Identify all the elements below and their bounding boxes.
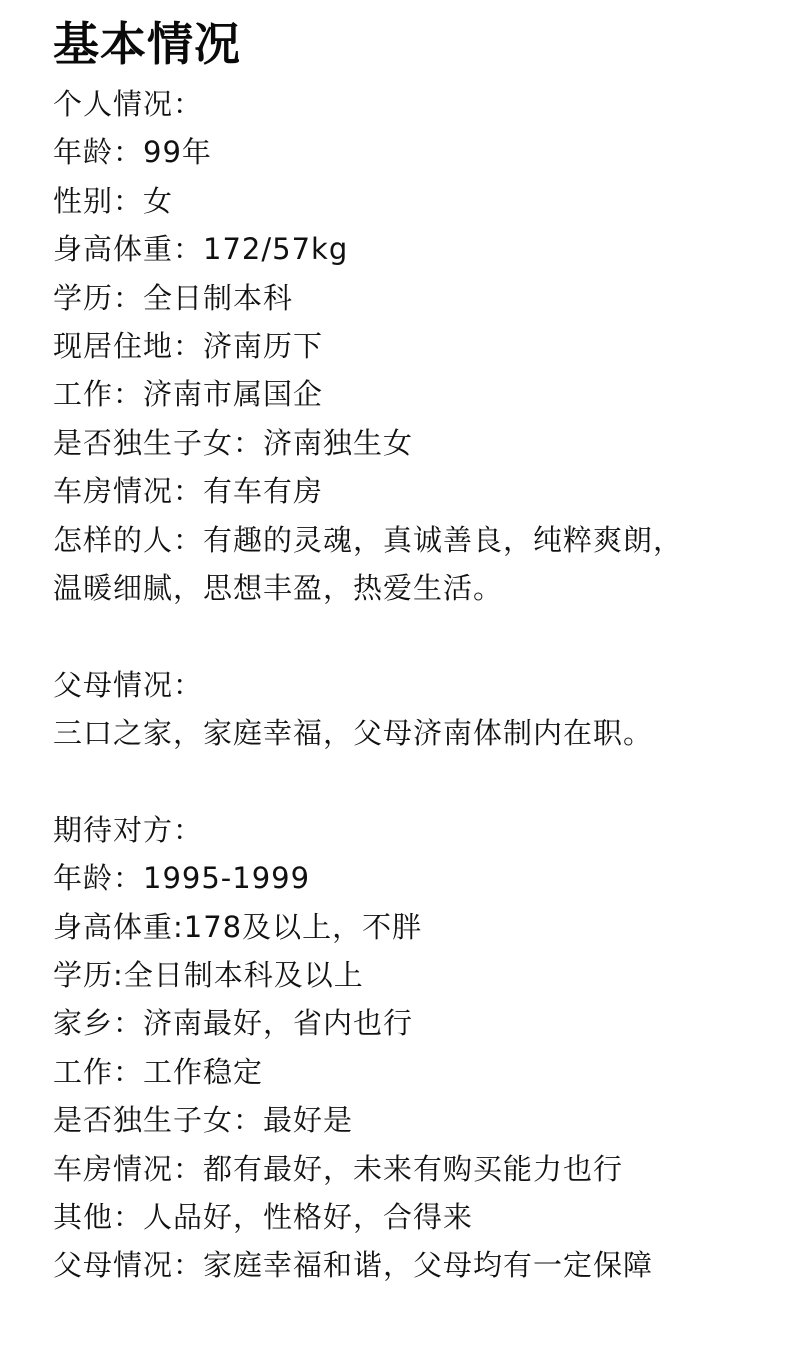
section-expectations: 期待对方： 年龄：1995-1999 身高体重:178及以上，不胖 学历:全日制… <box>53 806 800 1290</box>
expect-line-parents: 父母情况：家庭幸福和谐，父母均有一定保障 <box>53 1241 800 1289</box>
section-heading: 个人情况： <box>53 80 800 128</box>
section-heading: 期待对方： <box>53 806 800 854</box>
expect-line-only-child: 是否独生子女：最好是 <box>53 1096 800 1144</box>
info-line-age: 年龄：99年 <box>53 128 800 176</box>
page-title: 基本情况 <box>53 12 800 76</box>
section-heading: 父母情况： <box>53 661 800 709</box>
expect-line-work: 工作：工作稳定 <box>53 1048 800 1096</box>
info-line-personality: 怎样的人：有趣的灵魂，真诚善良，纯粹爽朗， <box>53 516 800 564</box>
section-personal: 个人情况： 年龄：99年 性别：女 身高体重：172/57kg 学历：全日制本科… <box>53 80 800 612</box>
expect-line-height-weight: 身高体重:178及以上，不胖 <box>53 903 800 951</box>
expect-line-car-house: 车房情况：都有最好，未来有购买能力也行 <box>53 1145 800 1193</box>
info-line-personality-cont: 温暖细腻，思想丰盈，热爱生活。 <box>53 564 800 612</box>
info-line-height-weight: 身高体重：172/57kg <box>53 225 800 273</box>
info-line-education: 学历：全日制本科 <box>53 274 800 322</box>
document: 基本情况 个人情况： 年龄：99年 性别：女 身高体重：172/57kg 学历：… <box>0 0 800 1290</box>
expect-line-education: 学历:全日制本科及以上 <box>53 951 800 999</box>
info-line-gender: 性别：女 <box>53 177 800 225</box>
expect-line-other: 其他：人品好，性格好，合得来 <box>53 1193 800 1241</box>
spacer <box>53 612 800 660</box>
info-line-residence: 现居住地：济南历下 <box>53 322 800 370</box>
spacer <box>53 757 800 805</box>
info-line-car-house: 车房情况：有车有房 <box>53 467 800 515</box>
expect-line-age: 年龄：1995-1999 <box>53 854 800 902</box>
expect-line-hometown: 家乡：济南最好，省内也行 <box>53 999 800 1047</box>
section-parents: 父母情况： 三口之家，家庭幸福，父母济南体制内在职。 <box>53 661 800 758</box>
info-line-only-child: 是否独生子女：济南独生女 <box>53 419 800 467</box>
info-line-work: 工作：济南市属国企 <box>53 370 800 418</box>
info-line-family: 三口之家，家庭幸福，父母济南体制内在职。 <box>53 709 800 757</box>
